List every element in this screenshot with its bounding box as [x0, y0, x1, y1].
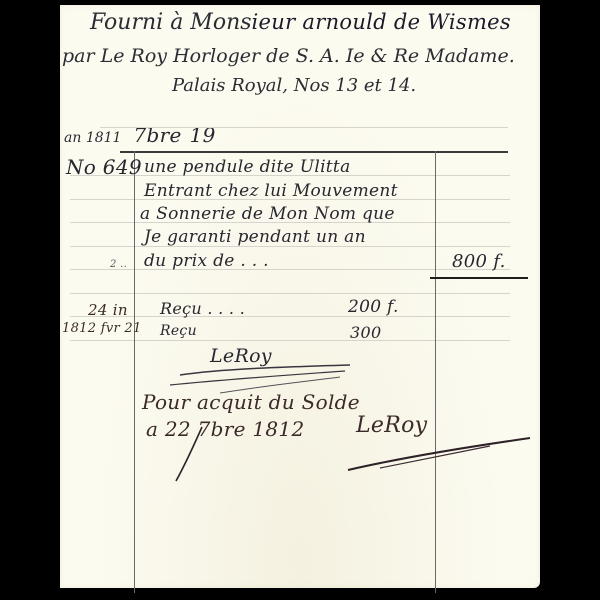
ruled-line: [70, 340, 510, 341]
ruled-line: [70, 293, 510, 294]
header-line-1: Fourni à Monsieur arnould de Wismes: [90, 10, 511, 35]
receipt-line-1: Pour acquit du Solde: [142, 390, 360, 414]
header-rule: [100, 127, 508, 128]
entry-line: une pendule dite Ulitta: [144, 157, 351, 177]
margin-note: 2 ..: [110, 259, 127, 270]
entry-line: du prix de . . .: [144, 251, 269, 271]
entry-ref-number: No 649: [66, 155, 142, 179]
left-column-rule: [134, 151, 135, 593]
entry-line: Je garanti pendant un an: [144, 227, 366, 247]
ruled-line: [70, 316, 510, 317]
entry-line: a Sonnerie de Mon Nom que: [140, 204, 395, 224]
date-month-stroke: [172, 425, 212, 485]
payment-amount: 200 f.: [348, 297, 399, 317]
receipt-line-2: a 22 7bre 1812: [146, 417, 304, 441]
header-printed-text: Fourni à Mons: [90, 10, 252, 35]
ruled-line: [70, 269, 510, 270]
invoice-paper: Fourni à Monsieur arnould de Wismes par …: [60, 5, 540, 588]
payment-date-bottom: 1812 fvr 21: [62, 321, 142, 336]
right-column-rule: [435, 151, 436, 593]
top-table-rule: [120, 151, 508, 153]
recipient-name: ieur arnould de Wismes: [252, 10, 511, 34]
payment-label: Reçu . . . .: [160, 299, 245, 318]
payment-date-top: 24 in: [88, 301, 128, 319]
entry-amount: 800 f.: [452, 251, 506, 272]
header-line-2: par Le Roy Horloger de S. A. Ie & Re Mad…: [62, 45, 515, 67]
header-line-3: Palais Royal, Nos 13 et 14.: [172, 75, 416, 96]
payment-label: Reçu: [160, 323, 197, 339]
year-label: an 1811: [64, 130, 121, 146]
payment-amount: 300: [350, 323, 381, 342]
receipt-signature-flourish: [340, 430, 540, 480]
amount-underline: [430, 277, 528, 279]
entry-line: Entrant chez lui Mouvement: [144, 181, 398, 201]
